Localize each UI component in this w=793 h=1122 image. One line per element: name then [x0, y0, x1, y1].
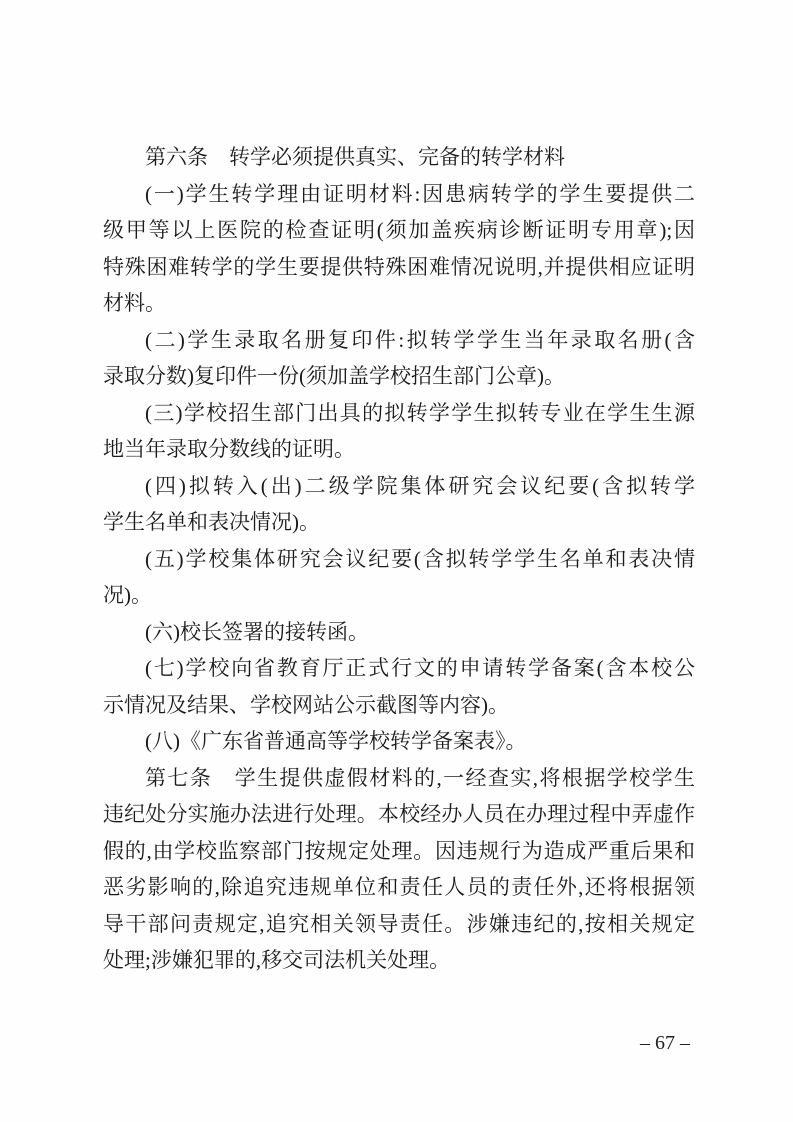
text-line: 学生名单和表决情况)。: [103, 504, 695, 541]
text-line: 导干部问责规定,追究相关领导责任。涉嫌违纪的,按相关规定: [103, 906, 695, 943]
text-line: (六)校长签署的接转函。: [103, 614, 695, 651]
text-line: 地当年录取分数线的证明。: [103, 431, 695, 468]
text-line: (四)拟转入(出)二级学院集体研究会议纪要(含拟转学: [103, 468, 695, 505]
page-number: – 67 –: [629, 1031, 701, 1055]
text-line: 示情况及结果、学校网站公示截图等内容)。: [103, 687, 695, 724]
text-line: (八)《广东省普通高等学校转学备案表》。: [103, 723, 695, 760]
text-line: (五)学校集体研究会议纪要(含拟转学学生名单和表决情: [103, 541, 695, 578]
text-line: 录取分数)复印件一份(须加盖学校招生部门公章)。: [103, 358, 695, 395]
text-line: 况)。: [103, 577, 695, 614]
text-line: (七)学校向省教育厅正式行文的申请转学备案(含本校公: [103, 650, 695, 687]
text-line: 材料。: [103, 285, 695, 322]
text-line: (一)学生转学理由证明材料:因患病转学的学生要提供二: [103, 176, 695, 213]
text-line: 恶劣影响的,除追究违规单位和责任人员的责任外,还将根据领: [103, 869, 695, 906]
text-line: 第六条 转学必须提供真实、完备的转学材料: [103, 139, 695, 176]
text-line: (二)学生录取名册复印件:拟转学学生当年录取名册(含: [103, 322, 695, 359]
text-line: 特殊困难转学的学生要提供特殊困难情况说明,并提供相应证明: [103, 249, 695, 286]
text-line: 第七条 学生提供虚假材料的,一经查实,将根据学校学生: [103, 760, 695, 797]
text-line: 假的,由学校监察部门按规定处理。因违规行为造成严重后果和: [103, 833, 695, 870]
document-body: 第六条 转学必须提供真实、完备的转学材料(一)学生转学理由证明材料:因患病转学的…: [103, 139, 695, 979]
text-line: 处理;涉嫌犯罪的,移交司法机关处理。: [103, 942, 695, 979]
text-line: (三)学校招生部门出具的拟转学学生拟转专业在学生生源: [103, 395, 695, 432]
document-page: 第六条 转学必须提供真实、完备的转学材料(一)学生转学理由证明材料:因患病转学的…: [0, 0, 793, 1122]
text-line: 违纪处分实施办法进行处理。本校经办人员在办理过程中弄虚作: [103, 796, 695, 833]
text-line: 级甲等以上医院的检查证明(须加盖疾病诊断证明专用章);因: [103, 212, 695, 249]
